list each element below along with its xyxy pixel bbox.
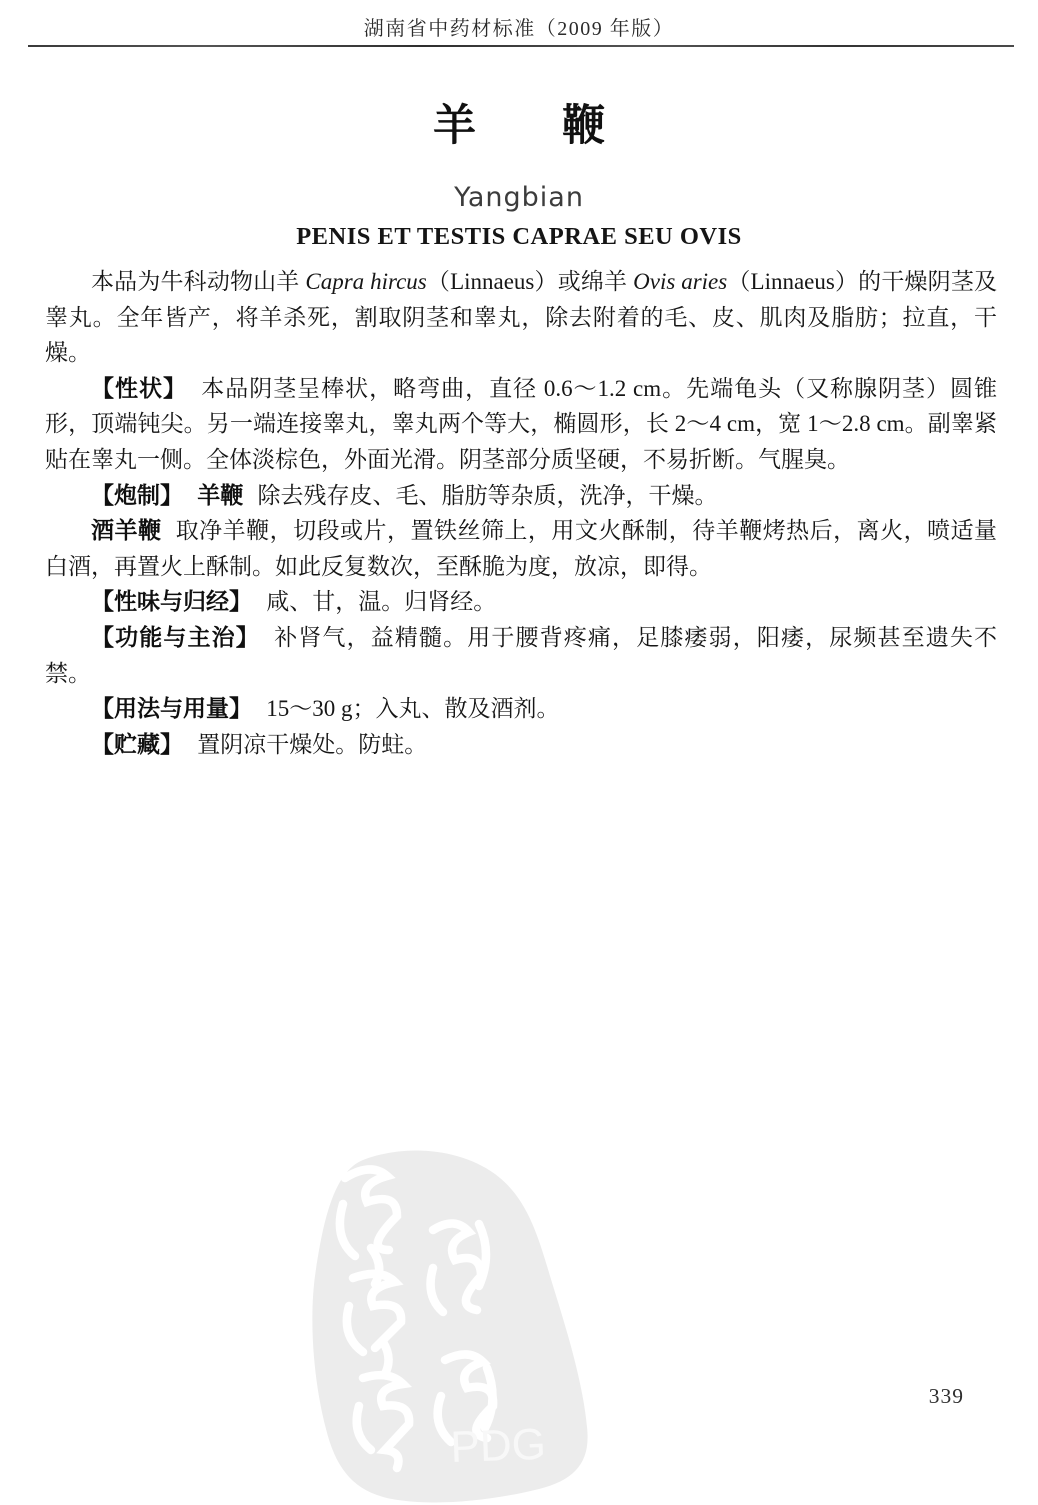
section-paozhi: 【炮制】羊鞭除去残存皮、毛、脂肪等杂质，洗净，干燥。 [45, 478, 997, 514]
seal-script-strokes [340, 1169, 493, 1468]
document-page: 湖南省中药材标准（2009 年版） 羊 鞭 Yangbian PENIS ET … [0, 0, 1038, 1505]
intro-paragraph: 本品为牛科动物山羊 Capra hircus（Linnaeus）或绵羊 Ovis… [45, 264, 997, 371]
drug-title-pinyin: Yangbian [0, 182, 1038, 213]
section-text: 取净羊鞭，切段或片，置铁丝筛上，用文火酥制，待羊鞭烤热后，离火，喷适量白酒，再置… [45, 518, 997, 579]
running-header: 湖南省中药材标准（2009 年版） [0, 12, 1038, 41]
drug-title-chinese: 羊 鞭 [0, 92, 1038, 153]
section-label: 【贮藏】 [91, 731, 183, 757]
section-text: 本品阴茎呈棒状，略弯曲，直径 0.6～1.2 cm。先端龟头（又称腺阴茎）圆锥形… [45, 376, 997, 472]
body-text: 本品为牛科动物山羊 Capra hircus（Linnaeus）或绵羊 Ovis… [45, 264, 997, 762]
section-term: 酒羊鞭 [91, 517, 161, 543]
section-zhucang: 【贮藏】置阴凉干燥处。防蛀。 [45, 727, 997, 763]
section-term: 羊鞭 [197, 482, 243, 508]
section-gongneng-zhuzhi: 【功能与主治】补肾气，益精髓。用于腰背疼痛，足膝痿弱，阳痿，尿频甚至遗失不禁。 [45, 620, 997, 691]
section-label: 【炮制】 [91, 482, 183, 508]
header-rule [28, 45, 1014, 47]
section-label: 【性味与归经】 [91, 588, 252, 614]
section-xingzhuang: 【性状】本品阴茎呈棒状，略弯曲，直径 0.6～1.2 cm。先端龟头（又称腺阴茎… [45, 371, 997, 478]
watermark-seal: PDG [283, 1128, 611, 1505]
page-number: 339 [929, 1384, 964, 1409]
section-text: 除去残存皮、毛、脂肪等杂质，洗净，干燥。 [258, 483, 718, 508]
section-yongfa-yongliang: 【用法与用量】15～30 g；入丸、散及酒剂。 [45, 691, 997, 727]
section-label: 【用法与用量】 [91, 695, 252, 721]
section-text: 置阴凉干燥处。防蛀。 [197, 732, 427, 757]
drug-title-latin: PENIS ET TESTIS CAPRAE SEU OVIS [0, 223, 1038, 251]
section-text: 15～30 g；入丸、散及酒剂。 [266, 696, 559, 721]
section-label: 【性状】 [91, 375, 187, 401]
section-xingwei-guijing: 【性味与归经】咸、甘，温。归肾经。 [45, 584, 997, 620]
section-text: 咸、甘，温。归肾经。 [266, 589, 496, 614]
section-jiu-yangbian: 酒羊鞭取净羊鞭，切段或片，置铁丝筛上，用文火酥制，待羊鞭烤热后，离火，喷适量白酒… [45, 513, 997, 584]
watermark-pdg-label: PDG [450, 1420, 547, 1472]
section-label: 【功能与主治】 [91, 624, 260, 650]
watermark-blob [312, 1151, 587, 1503]
